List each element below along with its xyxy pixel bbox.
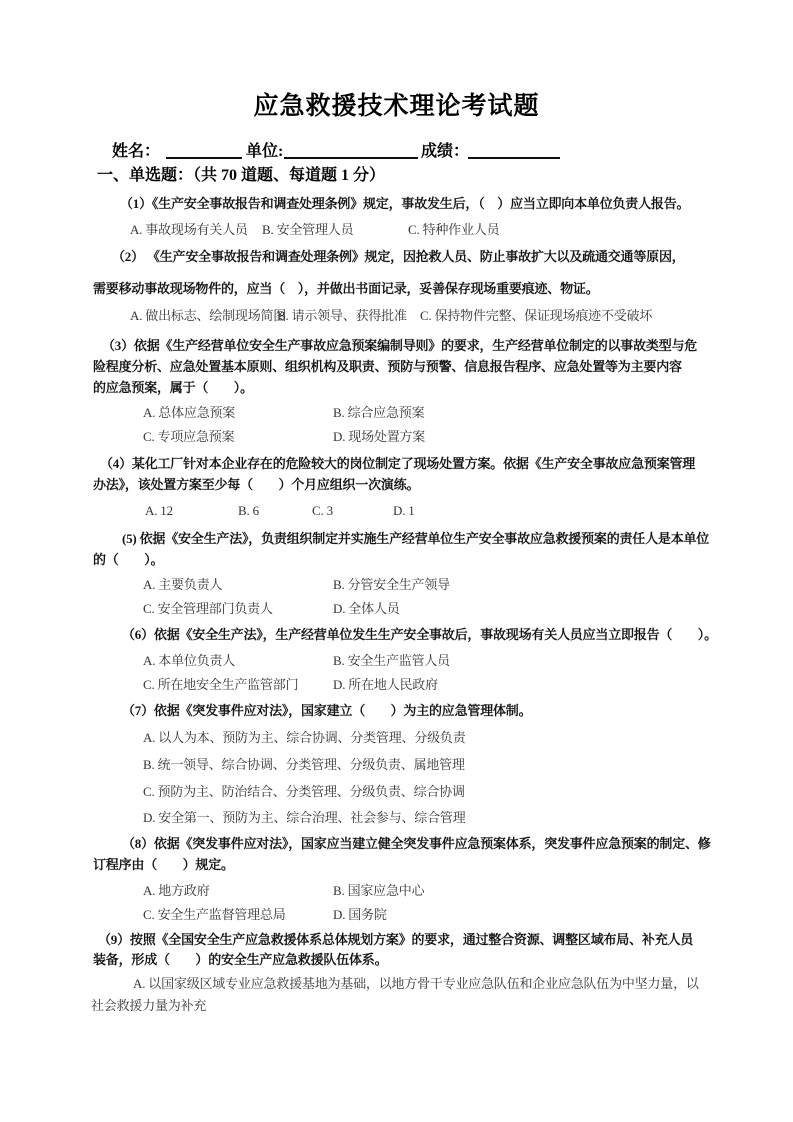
question-8-options-row-2: C. 安全生产监督管理总局D. 国务院 [0,906,793,924]
question-6-options-row-1-text: A. 本单位负责人 [143,652,235,669]
question-3-options-row-2-text: C. 专项应急预案 [143,428,234,445]
question-6-options-row-2-text: D. 所在地人民政府 [333,676,438,693]
question-1: （1）《生产安全事故报告和调查处理条例》规定，事故发生后，（ ）应当立即向本单位… [0,195,793,213]
question-7-option-d: D. 安全第一、预防为主、综合治理、社会参与、综合管理 [0,809,793,827]
question-7-option-b: B. 统一领导、综合协调、分类管理、分级负责、属地管理 [0,756,793,774]
question-1-options-text: C. 特种作业人员 [408,221,499,238]
question-1-options-text: A. 事故现场有关人员 [130,221,248,238]
question-6-options-row-1: A. 本单位负责人B. 安全生产监管人员 [0,652,793,670]
question-9-line-1: （9）按照《全国安全生产应急救援体系总体规划方案》的要求，通过整合资源、调整区域… [0,931,793,949]
question-8-options-row-2-text: C. 安全生产监督管理总局 [143,906,286,923]
name-blank-field [166,143,242,159]
question-2-options-text: C. 保持物件完整、保证现场痕迹不受破坏 [420,307,652,324]
question-4-options-text: C. 3 [312,502,333,519]
question-5-options-row-1: A. 主要负责人B. 分管安全生产领导 [0,576,793,594]
score-label: 成绩： [421,138,469,161]
question-3-line-3: 的应急预案，属于（ ）。 [0,379,793,397]
question-8-options-row-1-text: B. 国家应急中心 [333,882,424,899]
question-7-option-a-text: A. 以人为本、预防为主、综合协调、分类管理、分级负责 [143,729,466,746]
question-7-option-b-text: B. 统一领导、综合协调、分类管理、分级负责、属地管理 [143,756,465,773]
question-3-line-3-text: 的应急预案，属于（ ）。 [93,379,253,396]
question-9-line-2-text: 装备，形成（ ）的安全生产应急救援队伍体系。 [93,951,387,968]
question-4-options-text: A. 12 [145,502,173,519]
question-3-options-row-2: C. 专项应急预案D. 现场处置方案 [0,428,793,446]
question-3-options-row-1-text: B. 综合应急预案 [333,404,424,421]
question-6-options-row-2-text: C. 所在地安全生产监管部门 [143,676,298,693]
question-9-line-2: 装备，形成（ ）的安全生产应急救援队伍体系。 [0,951,793,969]
question-3-line-1-text: （3）依据《生产经营单位安全生产事故应急预案编制导则》的要求，生产经营单位制定的… [102,337,697,354]
question-7-text: （7）依据《突发事件应对法》，国家建立（ ）为主的应急管理体制。 [122,702,531,719]
unit-blank-field [284,143,418,159]
question-4-options-text: B. 6 [238,502,259,519]
question-2-line-2: 需要移动事故现场物件的，应当（ ），并做出书面记录，妥善保存现场重要痕迹、物证。 [0,280,793,298]
score-blank-field [468,143,560,159]
question-7-option-d-text: D. 安全第一、预防为主、综合治理、社会参与、综合管理 [143,809,466,826]
question-2-line-1: （2） 《生产安全事故报告和调查处理条例》规定，因抢救人员、防止事故扩大以及疏通… [0,248,793,266]
question-4-options-text: D. 1 [393,502,415,519]
question-3-options-row-1-text: A. 总体应急预案 [143,404,235,421]
question-3-line-2: 险程度分析、应急处置基本原则、组织机构及职责、预防与预警、信息报告程序、应急处置… [0,358,793,376]
question-7: （7）依据《突发事件应对法》，国家建立（ ）为主的应急管理体制。 [0,702,793,720]
question-8-line-2: 订程序由（ ）规定。 [0,856,793,874]
question-5-options-row-2: C. 安全管理部门负责人D. 全体人员 [0,600,793,618]
question-3-options-row-2-text: D. 现场处置方案 [333,428,425,445]
question-7-option-c-text: C. 预防为主、防治结合、分类管理、分级负责、综合协调 [143,783,465,800]
question-4-line-1-text: （4）某化工厂针对本企业存在的危险较大的岗位制定了现场处置方案。依据《生产安全事… [100,455,695,472]
question-3-line-1: （3）依据《生产经营单位安全生产事故应急预案编制导则》的要求，生产经营单位制定的… [0,337,793,355]
question-2-options-text: A. 做出标志、绘制现场简图 [130,307,286,324]
question-3-options-row-1: A. 总体应急预案B. 综合应急预案 [0,404,793,422]
question-5-line-2: 的（ ）。 [0,551,793,569]
question-8-line-2-text: 订程序由（ ）规定。 [93,856,234,873]
question-5-line-2-text: 的（ ）。 [93,551,163,568]
question-9-option-a-line-1-text: A. 以国家级区域专业应急救援基地为基础，以地方骨干专业应急队伍和企业应急队伍为… [133,975,699,992]
question-2-options-text: B. 请示领导、获得批准 [277,307,407,324]
question-5-options-row-2-text: D. 全体人员 [333,600,400,617]
question-4-options: A. 12B. 6C. 3D. 1 [0,502,793,520]
section-heading: 一、单选题：（共 70 道题、每道题 1 分） [97,162,385,185]
question-9-line-1-text: （9）按照《全国安全生产应急救援体系总体规划方案》的要求，通过整合资源、调整区域… [98,931,693,948]
question-8-line-1: （8）依据《突发事件应对法》，国家应当建立健全突发事件应急预案体系，突发事件应急… [0,835,793,853]
question-5-options-row-2-text: C. 安全管理部门负责人 [143,600,273,617]
question-2-line-2-text: 需要移动事故现场物件的，应当（ ），并做出书面记录，妥善保存现场重要痕迹、物证。 [93,280,599,297]
question-1-text: （1）《生产安全事故报告和调查处理条例》规定，事故发生后，（ ）应当立即向本单位… [120,195,689,212]
question-8-options-row-2-text: D. 国务院 [333,906,387,923]
question-1-options: A. 事故现场有关人员B. 安全管理人员C. 特种作业人员 [0,221,793,239]
question-2-options: A. 做出标志、绘制现场简图B. 请示领导、获得批准C. 保持物件完整、保证现场… [0,307,793,325]
question-6-text: （6）依据《安全生产法》，生产经营单位发生生产安全事故后，事故现场有关人员应当立… [122,626,717,643]
unit-label: 单位: [246,138,283,161]
question-9-option-a-line-1: A. 以国家级区域专业应急救援基地为基础，以地方骨干专业应急队伍和企业应急队伍为… [0,975,793,993]
question-8-options-row-1-text: A. 地方政府 [143,882,210,899]
question-9-option-a-line-2: 社会救援力量为补充 [0,997,793,1015]
exam-document-page: 应急救援技术理论考试题 姓名： 单位: 成绩： 一、单选题：（共 70 道题、每… [0,0,793,1122]
question-5-line-1-text: (5) 依据《安全生产法》，负责组织制定并实施生产经营单位生产安全事故应急救援预… [122,530,709,547]
question-5-line-1: (5) 依据《安全生产法》，负责组织制定并实施生产经营单位生产安全事故应急救援预… [0,530,793,548]
question-2-line-1-text: （2） 《生产安全事故报告和调查处理条例》规定，因抢救人员、防止事故扩大以及疏通… [112,248,685,265]
question-7-option-a: A. 以人为本、预防为主、综合协调、分类管理、分级负责 [0,729,793,747]
question-6-options-row-1-text: B. 安全生产监管人员 [333,652,450,669]
question-9-option-a-line-2-text: 社会救援力量为补充 [91,997,206,1014]
name-label: 姓名： [112,138,160,161]
question-4-line-2-text: 办法》，该处置方案至少每（ ）个月应组织一次演练。 [93,476,419,493]
question-5-options-row-1-text: B. 分管安全生产领导 [333,576,450,593]
question-6: （6）依据《安全生产法》，生产经营单位发生生产安全事故后，事故现场有关人员应当立… [0,626,793,644]
question-7-option-c: C. 预防为主、防治结合、分类管理、分级负责、综合协调 [0,783,793,801]
question-3-line-2-text: 险程度分析、应急处置基本原则、组织机构及职责、预防与预警、信息报告程序、应急处置… [93,358,682,375]
question-4-line-2: 办法》，该处置方案至少每（ ）个月应组织一次演练。 [0,476,793,494]
question-8-options-row-1: A. 地方政府B. 国家应急中心 [0,882,793,900]
question-4-line-1: （4）某化工厂针对本企业存在的危险较大的岗位制定了现场处置方案。依据《生产安全事… [0,455,793,473]
question-1-options-text: B. 安全管理人员 [262,221,353,238]
question-8-line-1-text: （8）依据《突发事件应对法》，国家应当建立健全突发事件应急预案体系，突发事件应急… [122,835,711,852]
page-title: 应急救援技术理论考试题 [0,86,793,122]
question-5-options-row-1-text: A. 主要负责人 [143,576,222,593]
question-6-options-row-2: C. 所在地安全生产监管部门D. 所在地人民政府 [0,676,793,694]
